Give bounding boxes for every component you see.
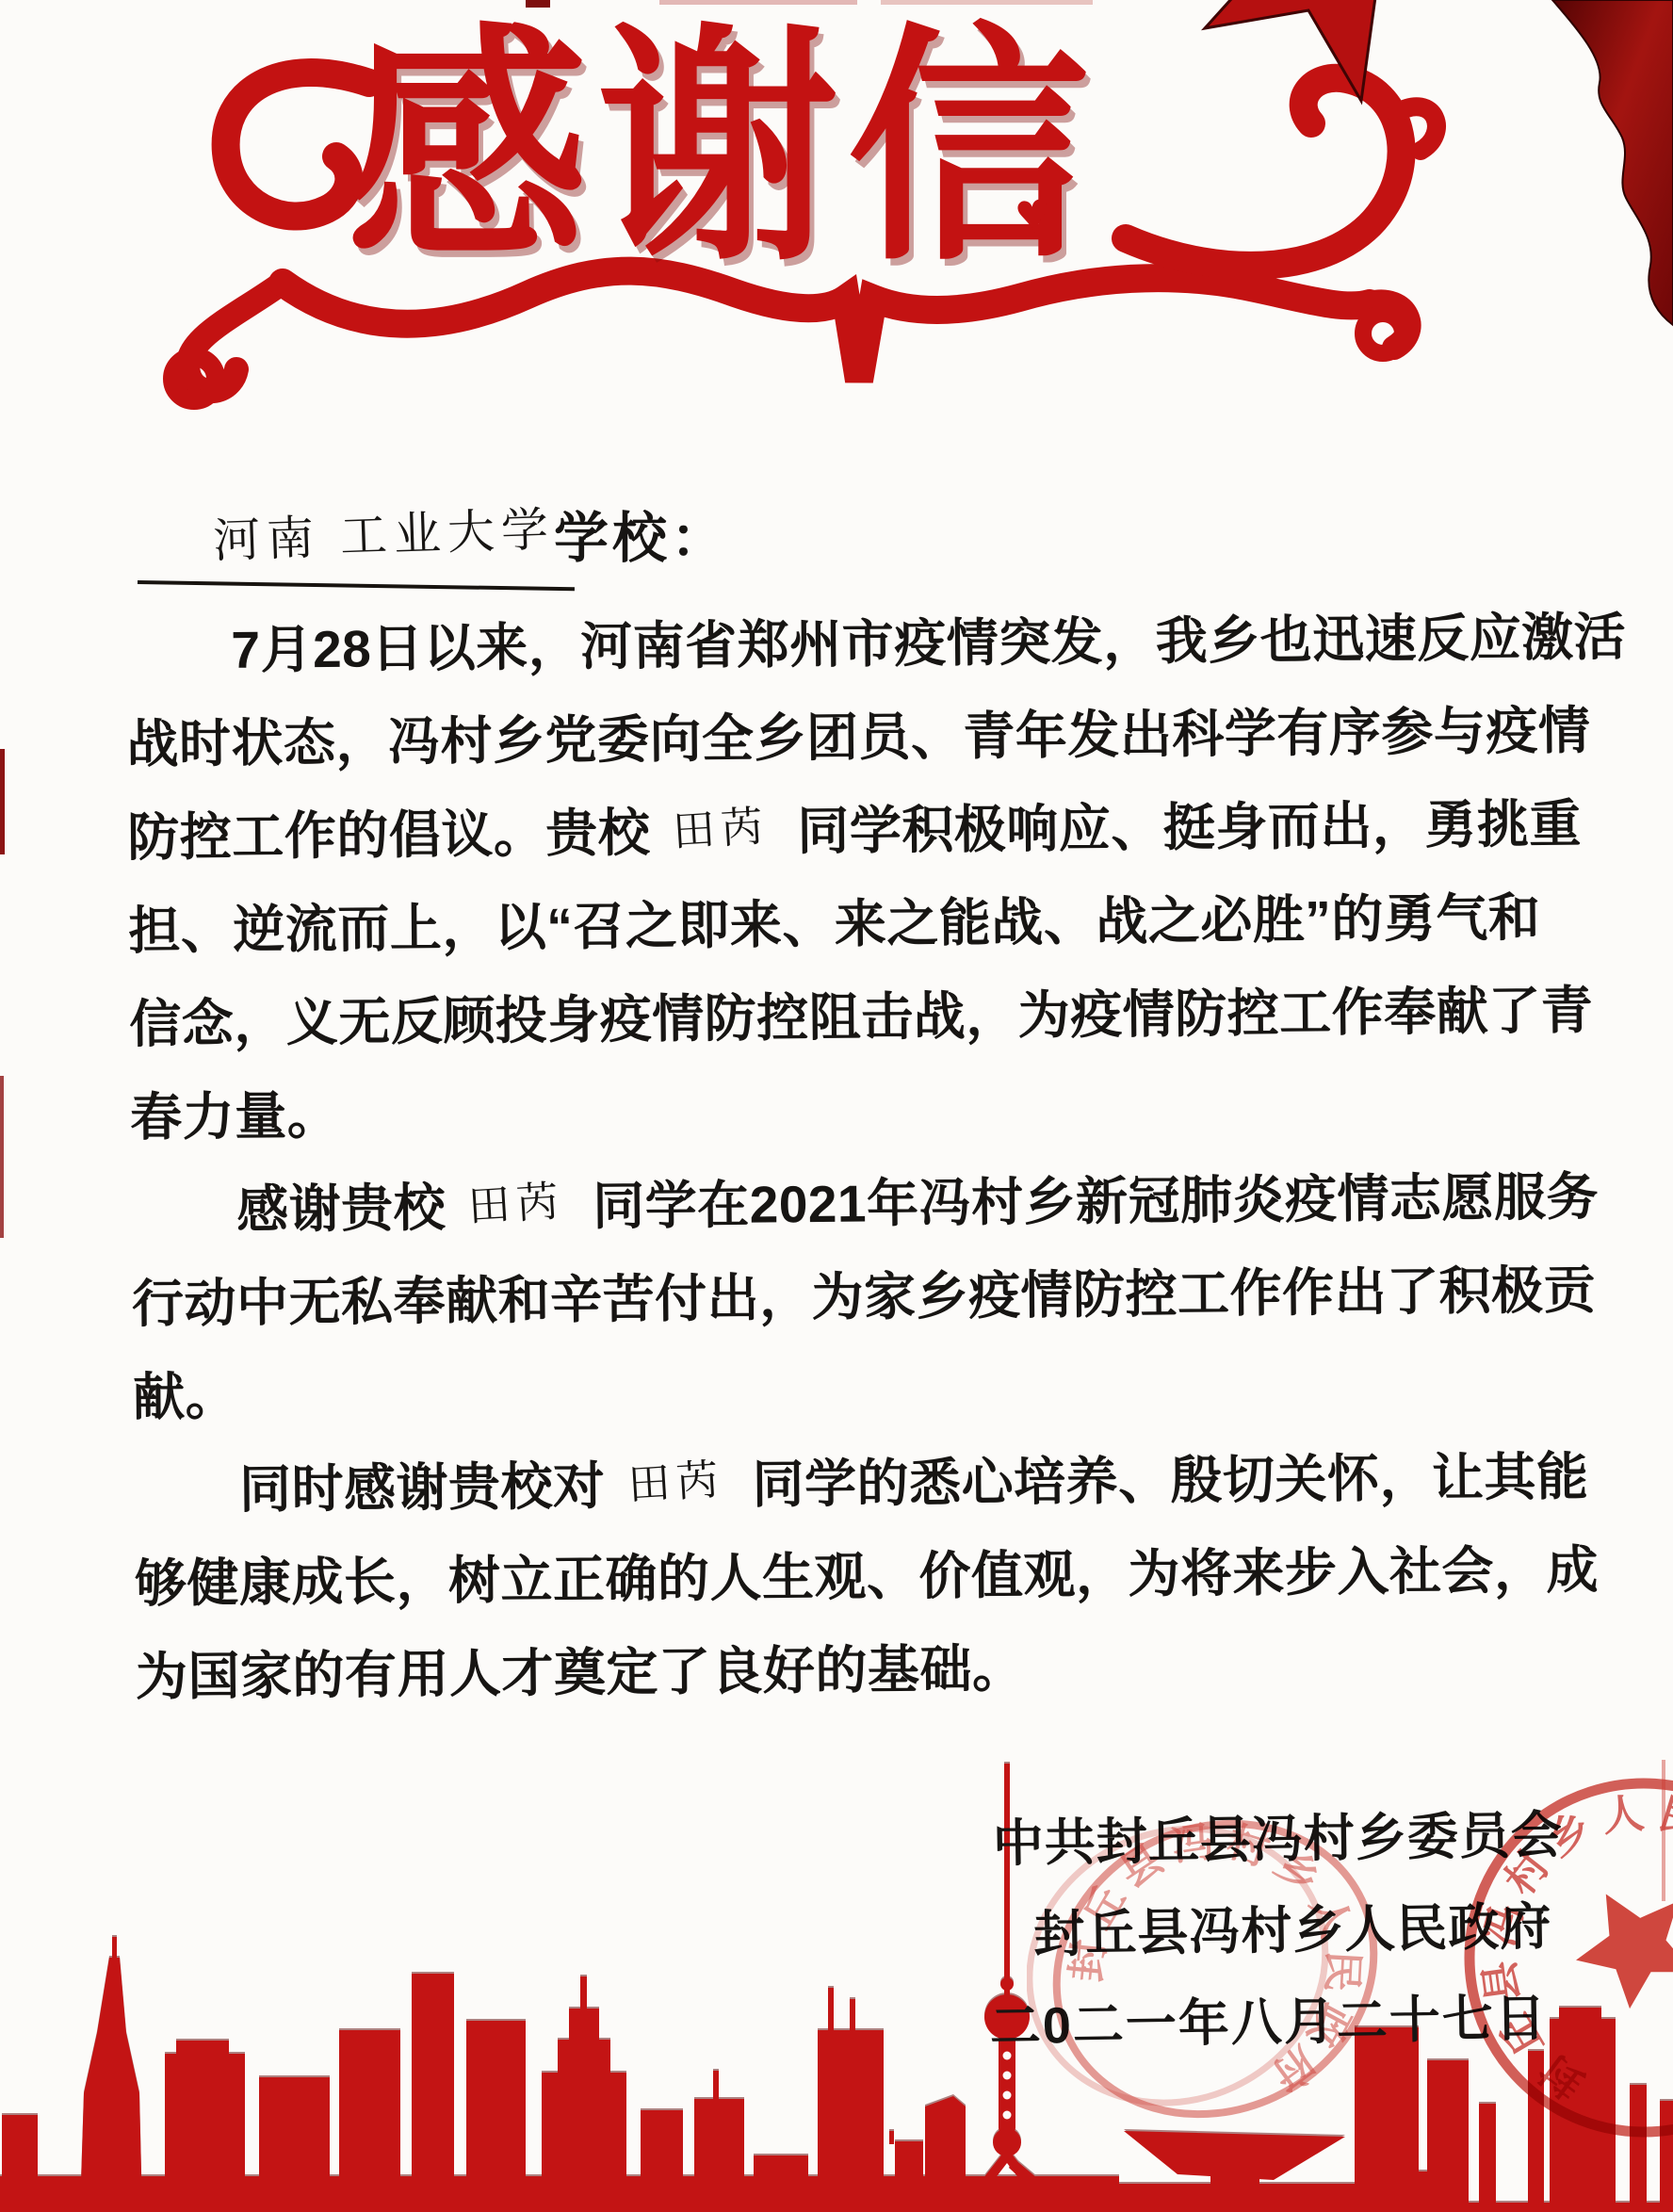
canton-tower-icon (80, 1937, 142, 2212)
body-text: 7月28日以来，河南省郑州市疫情突发，我乡也迅速反应激活 (231, 608, 1626, 679)
handwritten-school-name: 河南 工业大学 (212, 492, 556, 572)
body-line: 献。 (133, 1337, 1641, 1444)
body-line: 信念，义无反顾投身疫情防控阻击战，为疫情防控工作奉献了青 (129, 964, 1637, 1071)
body-line: 行动中无私奉献和辛苦付出，为家乡疫情防控工作作出了积极贡 (132, 1244, 1640, 1351)
body-text: 同学的悉心培养、殷切关怀，让其能 (752, 1447, 1589, 1514)
body-line: 感谢贵校田芮同学在2021年冯村乡新冠肺炎疫情志愿服务 (131, 1150, 1639, 1258)
salutation-underline (138, 580, 575, 591)
handwritten-student-name: 田芮 (625, 1432, 726, 1531)
heart-icon: ♥ (1013, 183, 1053, 245)
body-text: 信念，义无反顾投身疫情防控阻击战，为疫情防控工作奉献了青 (129, 981, 1594, 1053)
top-star-icon (1159, 0, 1498, 122)
body-text: 战时状态，冯村乡党委向全乡团员、青年发出科学有序参与疫情 (126, 701, 1591, 773)
body-text: 同学积极响应、挺身而出，勇挑重 (797, 794, 1582, 860)
body-text: 感谢贵校 (236, 1179, 447, 1239)
body-line: 春力量。 (130, 1057, 1638, 1164)
scan-artifact-left (0, 735, 9, 1262)
scan-artifact-right (1658, 1760, 1673, 1911)
body-text: 为国家的有用人才奠定了良好的基础。 (136, 1639, 1025, 1706)
body-line: 同时感谢贵校对田芮同学的悉心培养、殷切关怀，让其能 (134, 1430, 1642, 1537)
official-seal: 封丘县冯村乡人民政府 (1027, 1781, 1422, 2176)
handwritten-student-name: 田芮 (465, 1154, 567, 1253)
handwritten-student-name: 田芮 (670, 779, 772, 878)
svg-text:封丘县冯村乡人民政府: 封丘县冯村乡人民政府 (1027, 1781, 1416, 2167)
body-line: 担、逆流而上，以“召之即来、来之能战、战之必胜”的勇气和 (128, 870, 1636, 978)
seal-star-icon (1555, 1864, 1673, 2020)
seal-ring-text: 封丘县冯村乡人民政府 (1027, 1781, 1416, 2167)
body-text: 同时感谢贵校对 (239, 1456, 606, 1519)
body-line: 防控工作的倡议。贵校田芮同学积极响应、挺身而出，勇挑重 (127, 777, 1635, 885)
body-text: 同学在2021年冯村乡新冠肺炎疫情志愿服务 (593, 1167, 1599, 1235)
body-text: 担、逆流而上，以“召之即来、来之能战、战之必胜”的勇气和 (128, 888, 1541, 960)
letter-body: 7月28日以来，河南省郑州市疫情突发，我乡也迅速反应激活 战时状态，冯村乡党委向… (125, 591, 1643, 1724)
body-text: 够健康成长，树立正确的人生观、价值观，为将来步入社会，成 (135, 1540, 1600, 1613)
corner-decoration (1507, 0, 1673, 339)
letter-title: 感谢信 (347, 24, 1098, 274)
body-text: 春力量。 (130, 1086, 340, 1147)
body-line: 为国家的有用人才奠定了良好的基础。 (135, 1617, 1643, 1724)
body-text: 防控工作的倡议。贵校 (127, 804, 651, 867)
official-seal: 封丘县冯村乡人民政府 (1451, 1760, 1673, 2155)
body-line: 7月28日以来，河南省郑州市疫情突发，我乡也迅速反应激活 (125, 591, 1633, 698)
salutation-suffix: 学校： (554, 494, 729, 573)
body-line: 够健康成长，树立正确的人生观、价值观，为将来步入社会，成 (135, 1523, 1643, 1631)
body-text: 献。 (133, 1367, 238, 1426)
letter-page: 感谢信 ♥ 河南 工业大学 学校： 7月28日以来，河南省郑州市疫情突发，我乡也… (0, 0, 1673, 2212)
body-line: 战时状态，冯村乡党委向全乡团员、青年发出科学有序参与疫情 (126, 684, 1634, 791)
body-text: 行动中无私奉献和辛苦付出，为家乡疫情防控工作作出了积极贡 (132, 1261, 1597, 1333)
